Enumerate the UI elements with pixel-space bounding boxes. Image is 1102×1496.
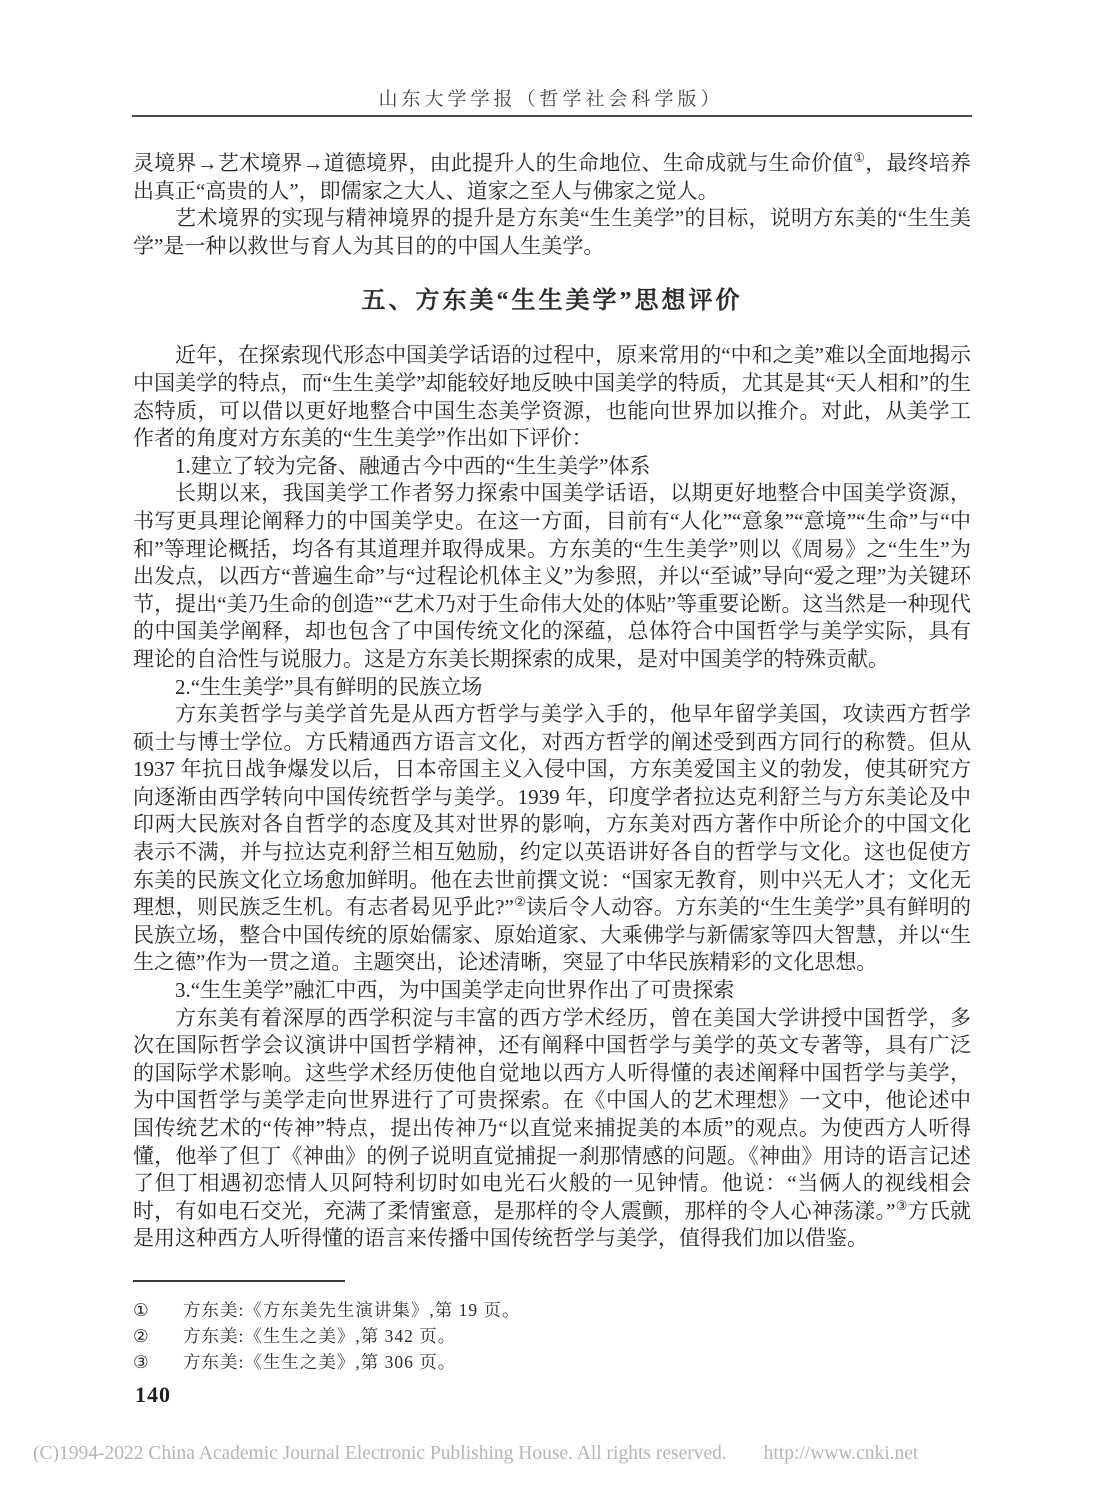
page-footer: (C)1994-2022 China Academic Journal Elec… [33, 1443, 918, 1465]
footnote-text: 方东美:《生生之美》,第 306 页。 [183, 1349, 971, 1375]
paragraph: 艺术境界的实现与精神境界的提升是方东美“生生美学”的目标，说明方东美的“生生美学… [133, 205, 971, 260]
page-number: 140 [135, 1382, 171, 1408]
paragraph-text: 方东美哲学与美学首先是从西方哲学与美学入手的，他早年留学美国，攻读西方哲学硕士与… [133, 702, 971, 919]
footnote-text: 方东美:《生生之美》,第 342 页。 [183, 1323, 971, 1349]
cnki-url: http://www.cnki.net [764, 1443, 919, 1464]
paragraph: 灵境界→艺术境界→道德境界，由此提升人的生命地位、生命成就与生命价值①，最终培养… [133, 150, 971, 205]
footnote-marker: ③ [133, 1349, 183, 1375]
footnote-reference-mark: ① [853, 150, 865, 165]
footnote-marker: ② [133, 1323, 183, 1349]
paragraph: 2.“生生美学”具有鲜明的民族立场 [133, 674, 971, 702]
paragraph-text: 近年，在探索现代形态中国美学话语的过程中，原来常用的“中和之美”难以全面地揭示中… [133, 343, 971, 450]
paragraph: 3.“生生美学”融汇中西，为中国美学走向世界作出了可贵探索 [133, 977, 971, 1005]
paragraph-text: 长期以来，我国美学工作者努力探索中国美学话语，以期更好地整合中国美学资源，书写更… [133, 481, 971, 671]
paragraph-group-top: 灵境界→艺术境界→道德境界，由此提升人的生命地位、生命成就与生命价值①，最终培养… [133, 150, 971, 260]
footnote-marker: ① [133, 1297, 183, 1323]
page-body: 灵境界→艺术境界→道德境界，由此提升人的生命地位、生命成就与生命价值①，最终培养… [133, 150, 971, 1375]
paragraph: 方东美有着深厚的西学积淀与丰富的西方学术经历，曾在美国大学讲授中国哲学，多次在国… [133, 1005, 971, 1253]
footnote-reference-mark: ③ [895, 1198, 907, 1213]
paragraph: 1.建立了较为完备、融通古今中西的“生生美学”体系 [133, 453, 971, 481]
paragraph-text: 1.建立了较为完备、融通古今中西的“生生美学”体系 [175, 454, 650, 478]
footnote-item: ③方东美:《生生之美》,第 306 页。 [133, 1349, 971, 1375]
footnote-item: ①方东美:《方东美先生演讲集》,第 19 页。 [133, 1297, 971, 1323]
paragraph-text: 3.“生生美学”融汇中西，为中国美学走向世界作出了可贵探索 [175, 978, 734, 1002]
paragraph-text: 艺术境界的实现与精神境界的提升是方东美“生生美学”的目标，说明方东美的“生生美学… [133, 206, 971, 258]
footnote-separator [133, 1280, 345, 1282]
paragraph-group-main: 近年，在探索现代形态中国美学话语的过程中，原来常用的“中和之美”难以全面地揭示中… [133, 342, 971, 1253]
journal-running-head: 山东大学学报（哲学社会科学版） [0, 84, 1102, 111]
paragraph-text: 方东美有着深厚的西学积淀与丰富的西方学术经历，曾在美国大学讲授中国哲学，多次在国… [133, 1006, 971, 1223]
paragraph: 长期以来，我国美学工作者努力探索中国美学话语，以期更好地整合中国美学资源，书写更… [133, 480, 971, 673]
footnote-reference-mark: ② [514, 894, 526, 909]
section-heading: 五、方东美“生生美学”思想评价 [133, 286, 971, 316]
header-rule [132, 115, 972, 117]
copyright-notice: (C)1994-2022 China Academic Journal Elec… [33, 1443, 727, 1464]
paragraph: 方东美哲学与美学首先是从西方哲学与美学入手的，他早年留学美国，攻读西方哲学硕士与… [133, 701, 971, 977]
paragraph-text: 灵境界→艺术境界→道德境界，由此提升人的生命地位、生命成就与生命价值 [133, 151, 853, 175]
footnote-list: ①方东美:《方东美先生演讲集》,第 19 页。②方东美:《生生之美》,第 342… [133, 1297, 971, 1375]
paragraph-text: 2.“生生美学”具有鲜明的民族立场 [175, 675, 482, 699]
footnote-item: ②方东美:《生生之美》,第 342 页。 [133, 1323, 971, 1349]
paragraph: 近年，在探索现代形态中国美学话语的过程中，原来常用的“中和之美”难以全面地揭示中… [133, 342, 971, 452]
footnote-text: 方东美:《方东美先生演讲集》,第 19 页。 [183, 1297, 971, 1323]
